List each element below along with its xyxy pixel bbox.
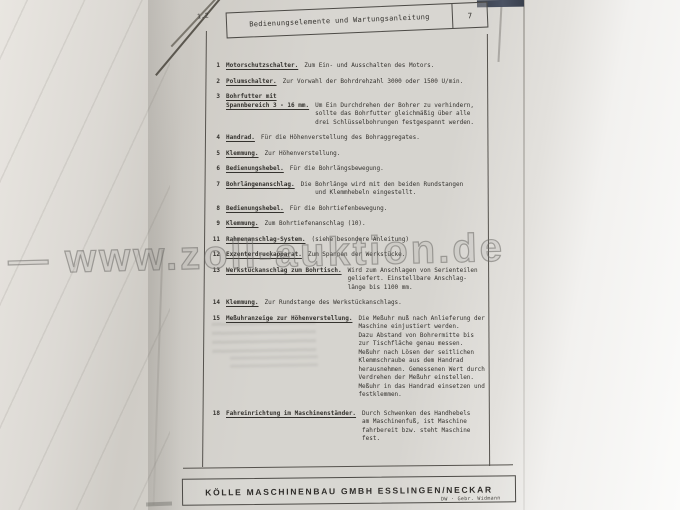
item-number: 14 xyxy=(209,299,220,308)
item-term: Klemmung. xyxy=(226,150,259,159)
items-list: 1Motorschutzschalter.Zum Ein- und Aussch… xyxy=(209,62,491,451)
page-number: 7 xyxy=(451,3,487,28)
item-term: Bedienungshebel. xyxy=(226,165,284,174)
list-item: 5Klemmung.Zur Höhenverstellung. xyxy=(209,150,491,159)
item-term: Fahreinrichtung im Maschinenständer. xyxy=(226,410,356,419)
page-header-box: Bedienungselemente und Wartungsanleitung… xyxy=(226,2,489,39)
item-term: Bohrfutter mitSpannbereich 3 - 16 mm. xyxy=(226,93,309,110)
item-number: 6 xyxy=(209,165,220,174)
item-description: Zum Spannen der Werkstücke. xyxy=(308,251,406,260)
item-description: Für die Bohrlängsbewegung. xyxy=(290,165,384,174)
item-term: Werkstückanschlag zum Bohrtisch. xyxy=(226,267,342,276)
item-term: Exzenterdruckapparat. xyxy=(226,251,302,260)
item-term: Bohrlängenanschlag. xyxy=(226,181,295,190)
list-item: 18Fahreinrichtung im Maschinenständer.Du… xyxy=(209,410,491,444)
list-item: 11Rahmenanschlag-System.(siehe besondere… xyxy=(209,236,491,245)
item-description: Wird zum Anschlagen von Serienteilengeli… xyxy=(348,267,478,293)
item-description: Die Meßuhr muß nach Anlieferung derMasch… xyxy=(358,315,484,400)
item-number: 3 xyxy=(209,93,220,102)
item-number: 4 xyxy=(209,134,220,143)
underlying-sheet-edge xyxy=(497,4,502,62)
item-description: Für die Höhenverstellung des Bohraggrega… xyxy=(261,134,420,143)
list-item: 7Bohrlängenanschlag.Die Bohrlänge wird m… xyxy=(209,181,491,198)
item-number: 15 xyxy=(209,315,220,324)
item-description: Zur Rundstange des Werkstückanschlags. xyxy=(265,299,402,308)
binder-page-edges xyxy=(0,0,170,510)
item-description: Zum Bohrtiefenanschlag (10). xyxy=(265,220,366,229)
item-description: Um Ein Durchdrehen der Bohrer zu verhind… xyxy=(315,102,474,128)
item-description: (siehe besondere Anleitung) xyxy=(311,236,409,245)
item-number: 9 xyxy=(209,220,220,229)
page-title: Bedienungselemente und Wartungsanleitung xyxy=(227,4,453,37)
list-item: 12Exzenterdruckapparat.Zum Spannen der W… xyxy=(209,251,491,260)
item-term: Klemmung. xyxy=(226,220,259,229)
item-term: Meßuhranzeige zur Höhenverstellung. xyxy=(226,315,352,324)
scanned-page-photo: 1.2 Bedienungselemente und Wartungsanlei… xyxy=(0,0,680,510)
frame-line-bottom xyxy=(183,464,513,469)
printer-mark: DW · Gebr. Widmann xyxy=(441,495,501,502)
item-number: 2 xyxy=(209,78,220,87)
section-reference: 1.2 xyxy=(197,11,210,20)
item-term: Rahmenanschlag-System. xyxy=(226,236,305,245)
list-item: 15Meßuhranzeige zur Höhenverstellung.Die… xyxy=(209,315,491,400)
item-number: 12 xyxy=(209,251,220,260)
item-description: Die Bohrlänge wird mit den beiden Rundst… xyxy=(301,181,464,198)
item-number: 5 xyxy=(209,150,220,159)
list-item: 4Handrad.Für die Höhenverstellung des Bo… xyxy=(209,134,491,143)
item-description: Zur Höhenverstellung. xyxy=(265,150,341,159)
footer-company-name: KÖLLE MASCHINENBAU GMBH ESSLINGEN/NECKAR xyxy=(205,484,493,497)
item-description: Für die Bohrtiefenbewegung. xyxy=(290,205,388,214)
item-number: 18 xyxy=(209,410,220,419)
item-term: Motorschutzschalter. xyxy=(226,62,298,71)
item-number: 11 xyxy=(209,236,220,245)
page-right-edge xyxy=(523,0,525,510)
item-term: Handrad. xyxy=(226,134,255,143)
item-number: 1 xyxy=(209,62,220,71)
list-item: 14Klemmung.Zur Rundstange des Werkstücka… xyxy=(209,299,491,308)
list-item: 13Werkstückanschlag zum Bohrtisch.Wird z… xyxy=(209,267,491,293)
item-number: 8 xyxy=(209,205,220,214)
list-item: 8Bedienungshebel.Für die Bohrtiefenbeweg… xyxy=(209,205,491,214)
list-item: 1Motorschutzschalter.Zum Ein- und Aussch… xyxy=(209,62,491,71)
item-description: Durch Schwenken des Handhebelsam Maschin… xyxy=(362,410,470,444)
item-description: Zum Ein- und Ausschalten des Motors. xyxy=(304,62,434,71)
item-number: 7 xyxy=(209,181,220,190)
item-number: 13 xyxy=(209,267,220,276)
item-term: Klemmung. xyxy=(226,299,259,308)
item-term: Bedienungshebel. xyxy=(226,205,284,214)
item-description: Zur Vorwahl der Bohrdrehzahl 3000 oder 1… xyxy=(283,78,464,87)
list-item: 6Bedienungshebel.Für die Bohrlängsbewegu… xyxy=(209,165,491,174)
item-term: Polumschalter. xyxy=(226,78,277,87)
list-item: 2Polumschalter.Zur Vorwahl der Bohrdrehz… xyxy=(209,78,491,87)
list-item: 3Bohrfutter mitSpannbereich 3 - 16 mm.Um… xyxy=(209,93,491,127)
list-item: 9Klemmung.Zum Bohrtiefenanschlag (10). xyxy=(209,220,491,229)
